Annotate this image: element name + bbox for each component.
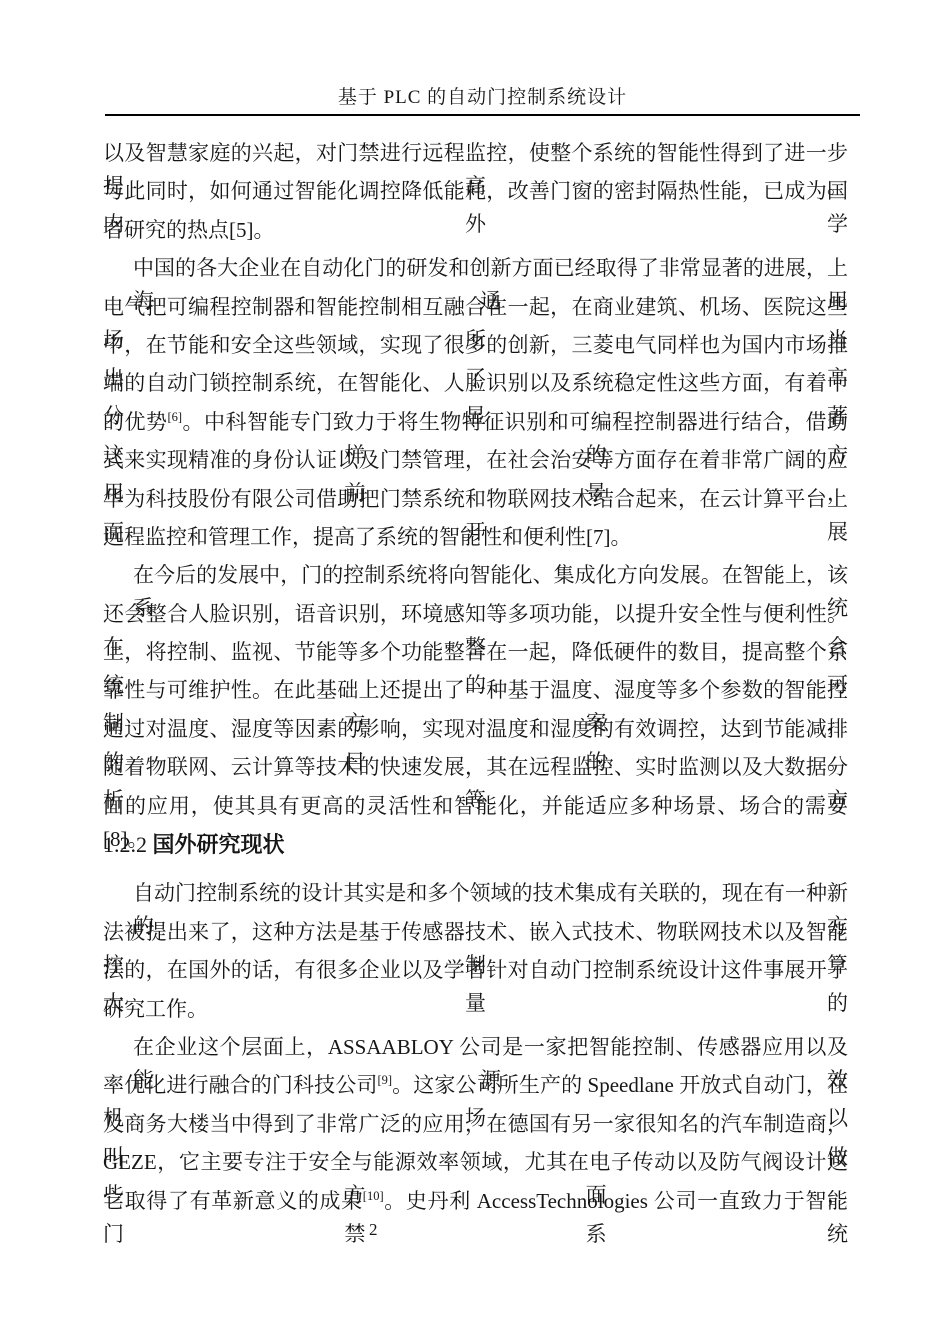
heading-number: 1.2.2 <box>103 832 147 857</box>
body-line: 与此同时，如何通过智能化调控降低能耗，改善门窗的密封隔热性能，已成为国内外学 <box>103 175 848 213</box>
body-line: 随着物联网、云计算等技术的快速发展，其在远程监控、实时监测以及大数据分析等方 <box>103 751 848 789</box>
reference-marker: [9] <box>377 1073 392 1087</box>
page-number: 2 <box>369 1220 378 1240</box>
body-line: 率优化进行融合的门科技公司[9]。这家公司所生产的 Speedlane 开放式自… <box>103 1069 848 1107</box>
body-line: 华为科技股份有限公司借助把门禁系统和物联网技术结合起来，在云计算平台上面开展 <box>103 483 848 521</box>
document-body: 以及智慧家庭的兴起，对门禁进行远程监控，使整个系统的智能性得到了进一步提高。与此… <box>103 137 848 1223</box>
body-line: 端的自动门锁控制系统，在智能化、人脸识别以及系统稳定性这些方面，有着十分显著 <box>103 367 848 405</box>
body-line: 面的应用，使其具有更高的灵活性和智能化，并能适应多种场景、场合的需要[8]。 <box>103 790 848 828</box>
reference-marker: [10] <box>363 1189 384 1203</box>
body-line: 在企业这个层面上，ASSAABLOY 公司是一家把智能控制、传感器应用以及能源效 <box>103 1031 848 1069</box>
body-line: 中，在节能和安全这些领域，实现了很多的创新，三菱电气同样也为国内市场推出了高 <box>103 329 848 367</box>
body-line: 电气把可编程控制器和智能控制相互融合在一起，在商业建筑、机场、医院这些场所当 <box>103 291 848 329</box>
body-line: 中国的各大企业在自动化门的研发和创新方面已经取得了非常显著的进展，上海通用 <box>103 252 848 290</box>
body-line: 法的，在国外的话，有很多企业以及学者针对自动门控制系统设计这件事展开了大量的 <box>103 954 848 992</box>
body-line: 自动门控制系统的设计其实是和多个领域的技术集成有关联的，现在有一种新的方 <box>103 877 848 915</box>
reference-marker: [6] <box>167 410 182 424</box>
body-line: GEZE，它主要专注于安全与能源效率领域，尤其在电子传动以及防气阀设计这些方面， <box>103 1146 848 1184</box>
heading-text: 国外研究现状 <box>153 832 285 857</box>
body-line: 靠性与可维护性。在此基础上还提出了一种基于温度、湿度等多个参数的智能控制方案， <box>103 674 848 712</box>
header-title: 基于 PLC 的自动门控制系统设计 <box>338 87 627 108</box>
body-line: 法被提出来了，这种方法是基于传感器技术、嵌入式技术、物联网技术以及智能控制算 <box>103 916 848 954</box>
body-line: 在今后的发展中，门的控制系统将向智能化、集成化方向发展。在智能上，该系统 <box>103 559 848 597</box>
body-line: 的优势[6]。中科智能专门致力于将生物特征识别和可编程控制器进行结合，借助这样的… <box>103 406 848 444</box>
body-line: 它取得了有革新意义的成果[10]。史丹利 AccessTechnologies … <box>103 1185 848 1223</box>
body-line: 以及智慧家庭的兴起，对门禁进行远程监控，使整个系统的智能性得到了进一步提高。 <box>103 137 848 175</box>
body-line: 式来实现精准的身份认证以及门禁管理，在社会治安等方面存在着非常广阔的应用前景， <box>103 444 848 482</box>
body-line: 还会整合人脸识别，语音识别，环境感知等多项功能，以提升安全性与便利性。在整合 <box>103 598 848 636</box>
body-line: 及商务大楼当中得到了非常广泛的应用，在德国有另一家很知名的汽车制造商，叫做 <box>103 1108 848 1146</box>
section-heading: 1.2.2 国外研究现状 <box>103 828 848 866</box>
body-line: 通过对温度、湿度等因素的影响，实现对温度和湿度的有效调控，达到节能减排的目的。 <box>103 713 848 751</box>
document-page: 基于 PLC 的自动门控制系统设计 以及智慧家庭的兴起，对门禁进行远程监控，使整… <box>0 0 950 1344</box>
body-line: 上，将控制、监视、节能等多个功能整合在一起，降低硬件的数目，提高整个系统的可 <box>103 636 848 674</box>
page-header: 基于 PLC 的自动门控制系统设计 <box>105 82 860 116</box>
